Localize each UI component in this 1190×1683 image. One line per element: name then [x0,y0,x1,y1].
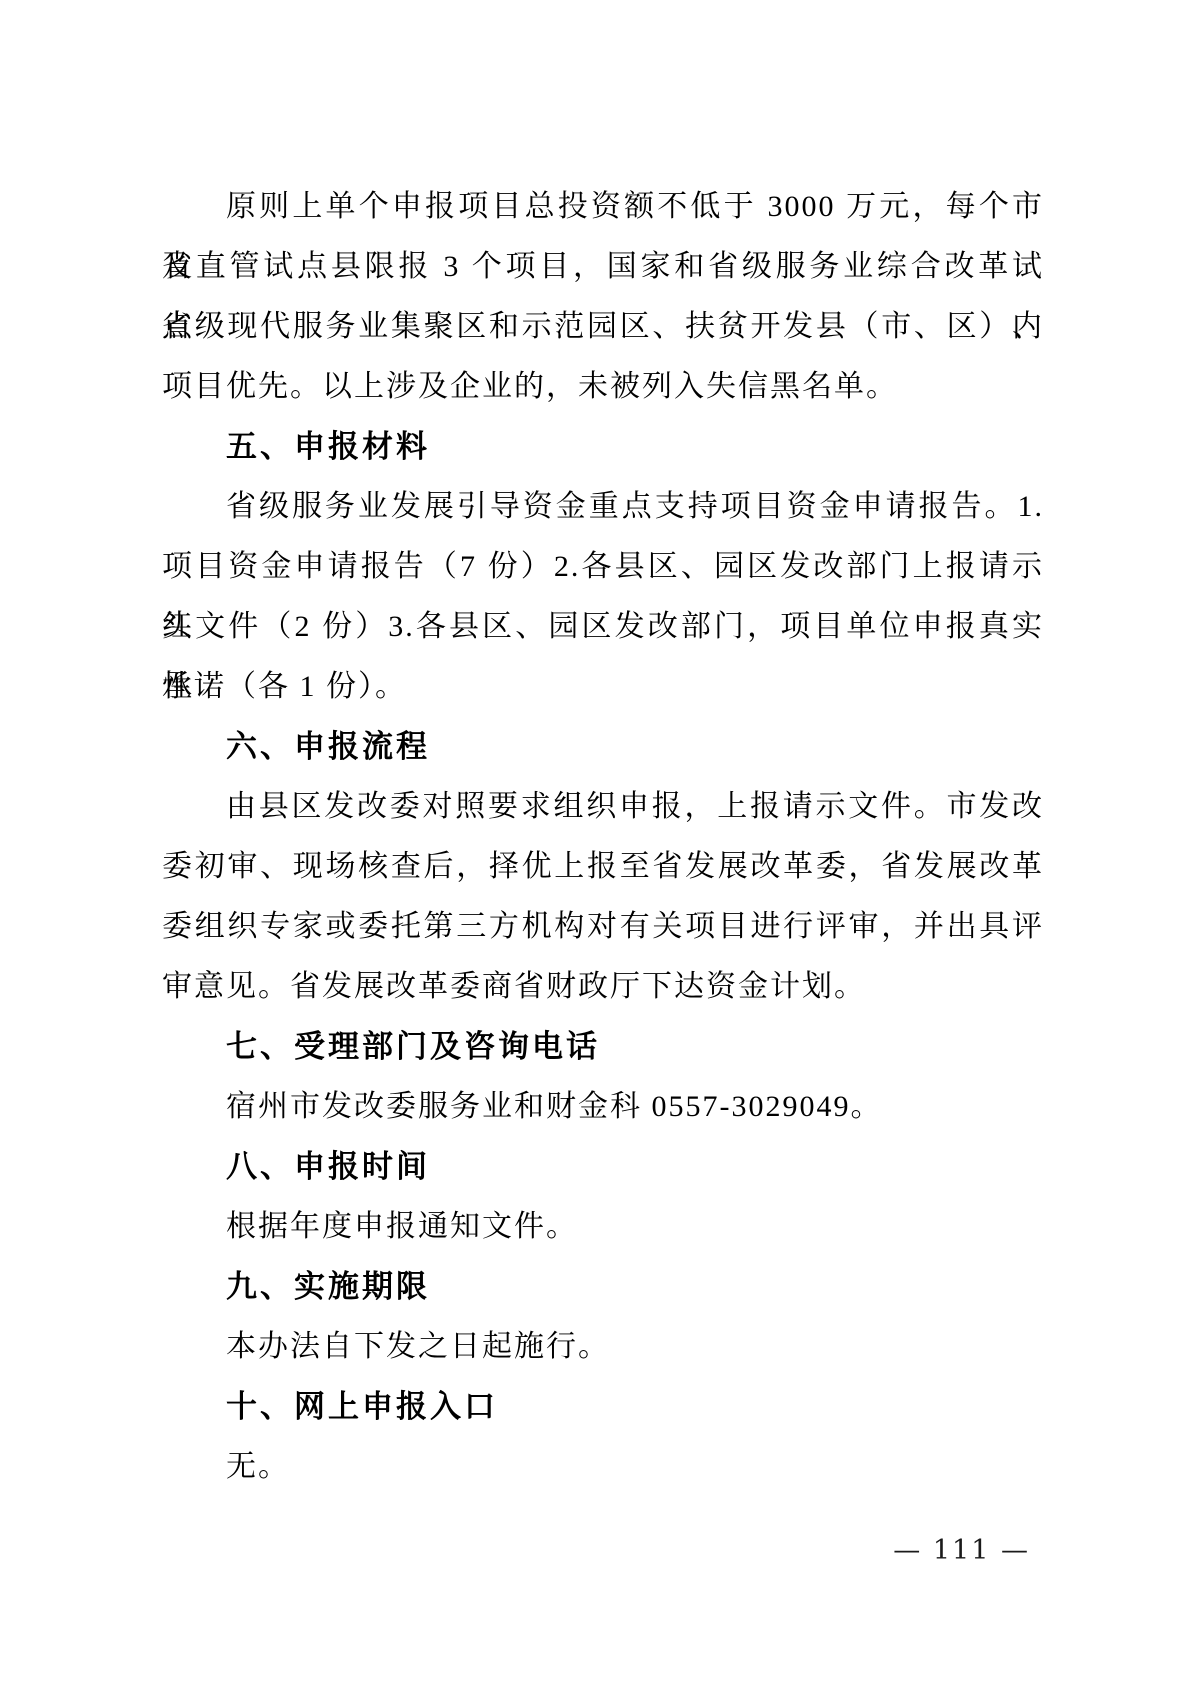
paragraph-line: 宿州市发改委服务业和财金科 0557-3029049。 [162,1077,1044,1137]
paragraph-line: 无。 [162,1437,1044,1497]
paragraph-line: 承诺（各 1 份）。 [162,657,1044,717]
section-heading-materials: 五、申报材料 [162,417,1044,477]
paragraph-line: 省直管试点县限报 3 个项目，国家和省级服务业综合改革试点、 [162,237,1044,297]
section-heading-time: 八、申报时间 [162,1137,1044,1197]
section-heading-process: 六、申报流程 [162,717,1044,777]
document-page: 原则上单个申报项目总投资额不低于 3000 万元，每个市及 省直管试点县限报 3… [0,0,1190,1683]
section-heading-online-entry: 十、网上申报入口 [162,1377,1044,1437]
paragraph-line: 头文件（2 份）3.各县区、园区发改部门，项目单位申报真实性 [162,597,1044,657]
paragraph-line: 省级现代服务业集聚区和示范园区、扶贫开发县（市、区）内 [162,297,1044,357]
paragraph-line: 项目资金申请报告（7 份）2.各县区、园区发改部门上报请示红 [162,537,1044,597]
paragraph-line: 审意见。省发展改革委商省财政厅下达资金计划。 [162,957,1044,1017]
paragraph-line: 本办法自下发之日起施行。 [162,1317,1044,1377]
paragraph-line: 原则上单个申报项目总投资额不低于 3000 万元，每个市及 [162,177,1044,237]
document-body: 原则上单个申报项目总投资额不低于 3000 万元，每个市及 省直管试点县限报 3… [162,177,1044,1497]
paragraph-line: 项目优先。以上涉及企业的，未被列入失信黑名单。 [162,357,1044,417]
paragraph-line: 委初审、现场核查后，择优上报至省发展改革委，省发展改革 [162,837,1044,897]
paragraph-line: 省级服务业发展引导资金重点支持项目资金申请报告。1. [162,477,1044,537]
paragraph-line: 由县区发改委对照要求组织申报，上报请示文件。市发改 [162,777,1044,837]
section-heading-contact: 七、受理部门及咨询电话 [162,1017,1044,1077]
paragraph-line: 根据年度申报通知文件。 [162,1197,1044,1257]
page-number: — 111 — [893,1534,1030,1568]
paragraph-line: 委组织专家或委托第三方机构对有关项目进行评审，并出具评 [162,897,1044,957]
section-heading-duration: 九、实施期限 [162,1257,1044,1317]
